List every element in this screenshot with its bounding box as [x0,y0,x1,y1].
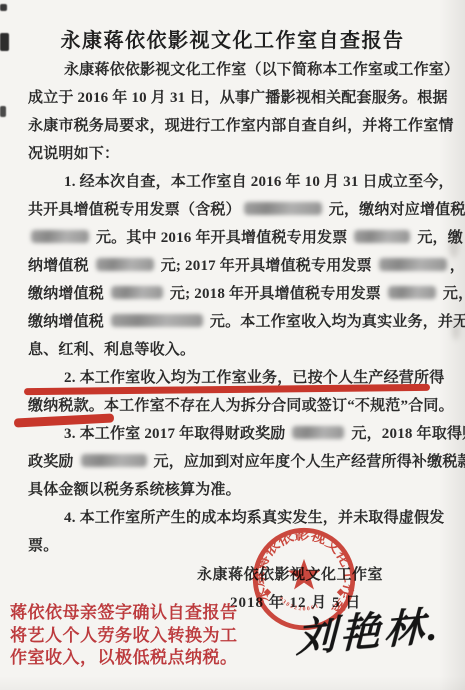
line-text: 元，应加到对应年度个人生产经营所得补缴税款， [150,454,465,470]
redacted-amount [244,202,322,215]
document-line: 缴纳增值税 元。本工作室收入均为真实业务，并无股 [28,308,440,336]
line-text: 政奖励 [28,454,78,470]
redacted-amount [96,258,154,271]
redacted-amount [388,286,436,299]
line-text: 缴纳税款。本工作室不存在人为拆分合同或签订“不规范”合同。 [28,398,454,414]
caption-text: 蒋依依母亲签字确认自查报告将艺人个人劳务收入转换为工作室收入，以极低税点纳税。 [10,602,238,670]
line-text: 3. 本工作室 2017 年取得财政奖励 [64,426,289,442]
line-text: 永康市税务局要求，现进行工作室内部自查自纠，并将工作室情 [28,118,454,134]
document-line: 政奖励 元，应加到对应年度个人生产经营所得补缴税款， [28,448,440,476]
line-text: 票。 [28,538,58,554]
scan-artifact [0,4,7,11]
line-text: 缴纳增值税 [28,314,108,330]
document-line: 永康市税务局要求，现进行工作室内部自查自纠，并将工作室情 [28,112,440,140]
scan-artifact [0,106,6,117]
redacted-amount [354,230,410,243]
line-text: 共开具增值税专用发票（含税） [28,202,241,218]
document-line: 共开具增值税专用发票（含税） 元，缴纳对应增值税 [28,196,440,224]
line-text: 1. 经本次自查，本工作室自 2016 年 10 月 31 日成立至今， [64,174,454,190]
line-text: 成立于 2016 年 10 月 31 日，从事广播影视相关配套服务。根据 [28,90,448,106]
line-text: 元; 2018 年开具增值税专用发票 [166,286,385,302]
document-line: 息、红利、利息等收入。 [28,336,440,364]
redacted-amount [111,286,163,299]
line-text: 元; 2017 年开具增值税专用发票 [157,258,376,274]
document-title: 永康蒋依依影视文化工作室自查报告 [0,24,465,53]
seal-star-icon [288,559,320,590]
caption-line: 作室收入，以极低税点纳税。 [10,647,238,670]
document-line: 永康蒋依依影视文化工作室（以下简称本工作室或工作室） [28,56,440,84]
document-line: 成立于 2016 年 10 月 31 日，从事广播影视相关配套服务。根据 [28,84,440,112]
document-line: 4. 本工作室所产生的成本均系真实发生，并未取得虚假发 [28,504,440,532]
caption-line: 蒋依依母亲签字确认自查报告 [10,602,238,625]
line-text: 况说明如下： [28,146,119,162]
redacted-amount [292,426,344,439]
redacted-amount [31,230,89,243]
line-text: 纳增值税 [28,258,93,274]
line-text: 元，缴纳对应增值税 [325,202,465,218]
document-line: 缴纳增值税 元; 2018 年开具增值税专用发票 元， [28,280,440,308]
line-text: ， [450,258,465,274]
line-text: 缴纳增值税 [28,286,108,302]
caption-line: 将艺人个人劳务收入转换为工 [10,625,238,648]
scanned-document-page: 永康蒋依依影视文化工作室自查报告 永康蒋依依影视文化工作室（以下简称本工作室或工… [0,0,465,690]
line-text: 永康蒋依依影视文化工作室（以下简称本工作室或工作室） [64,62,459,78]
document-line: 票。 [28,532,440,560]
redacted-amount [81,454,147,467]
document-line: 纳增值税 元; 2017 年开具增值税专用发票 ， [28,252,440,280]
line-text: 元， [439,286,465,302]
document-line: 3. 本工作室 2017 年取得财政奖励 元，2018 年取得财 [28,420,440,448]
scan-shadow-bottom [0,676,465,690]
line-text: 具体金额以税务系统核算为准。 [28,482,241,498]
line-text: 元。其中 2016 年开具增值税专用发票 [92,230,351,246]
redacted-amount [379,258,447,271]
document-line: 元。其中 2016 年开具增值税专用发票 元，缴 [28,224,440,252]
line-text: 元，2018 年取得财 [347,426,465,442]
document-body: 永康蒋依依影视文化工作室（以下简称本工作室或工作室）成立于 2016 年 10 … [28,56,440,560]
line-text: 元。本工作室收入均为真实业务，并无股 [206,314,465,330]
line-text: 元，缴 [413,230,463,246]
document-line: 1. 经本次自查，本工作室自 2016 年 10 月 31 日成立至今， [28,168,440,196]
line-text: 息、红利、利息等收入。 [28,342,195,358]
document-line: 况说明如下： [28,140,440,168]
document-line: 具体金额以税务系统核算为准。 [28,476,440,504]
redacted-amount [111,314,203,327]
line-text: 4. 本工作室所产生的成本均系真实发生，并未取得虚假发 [64,510,444,526]
